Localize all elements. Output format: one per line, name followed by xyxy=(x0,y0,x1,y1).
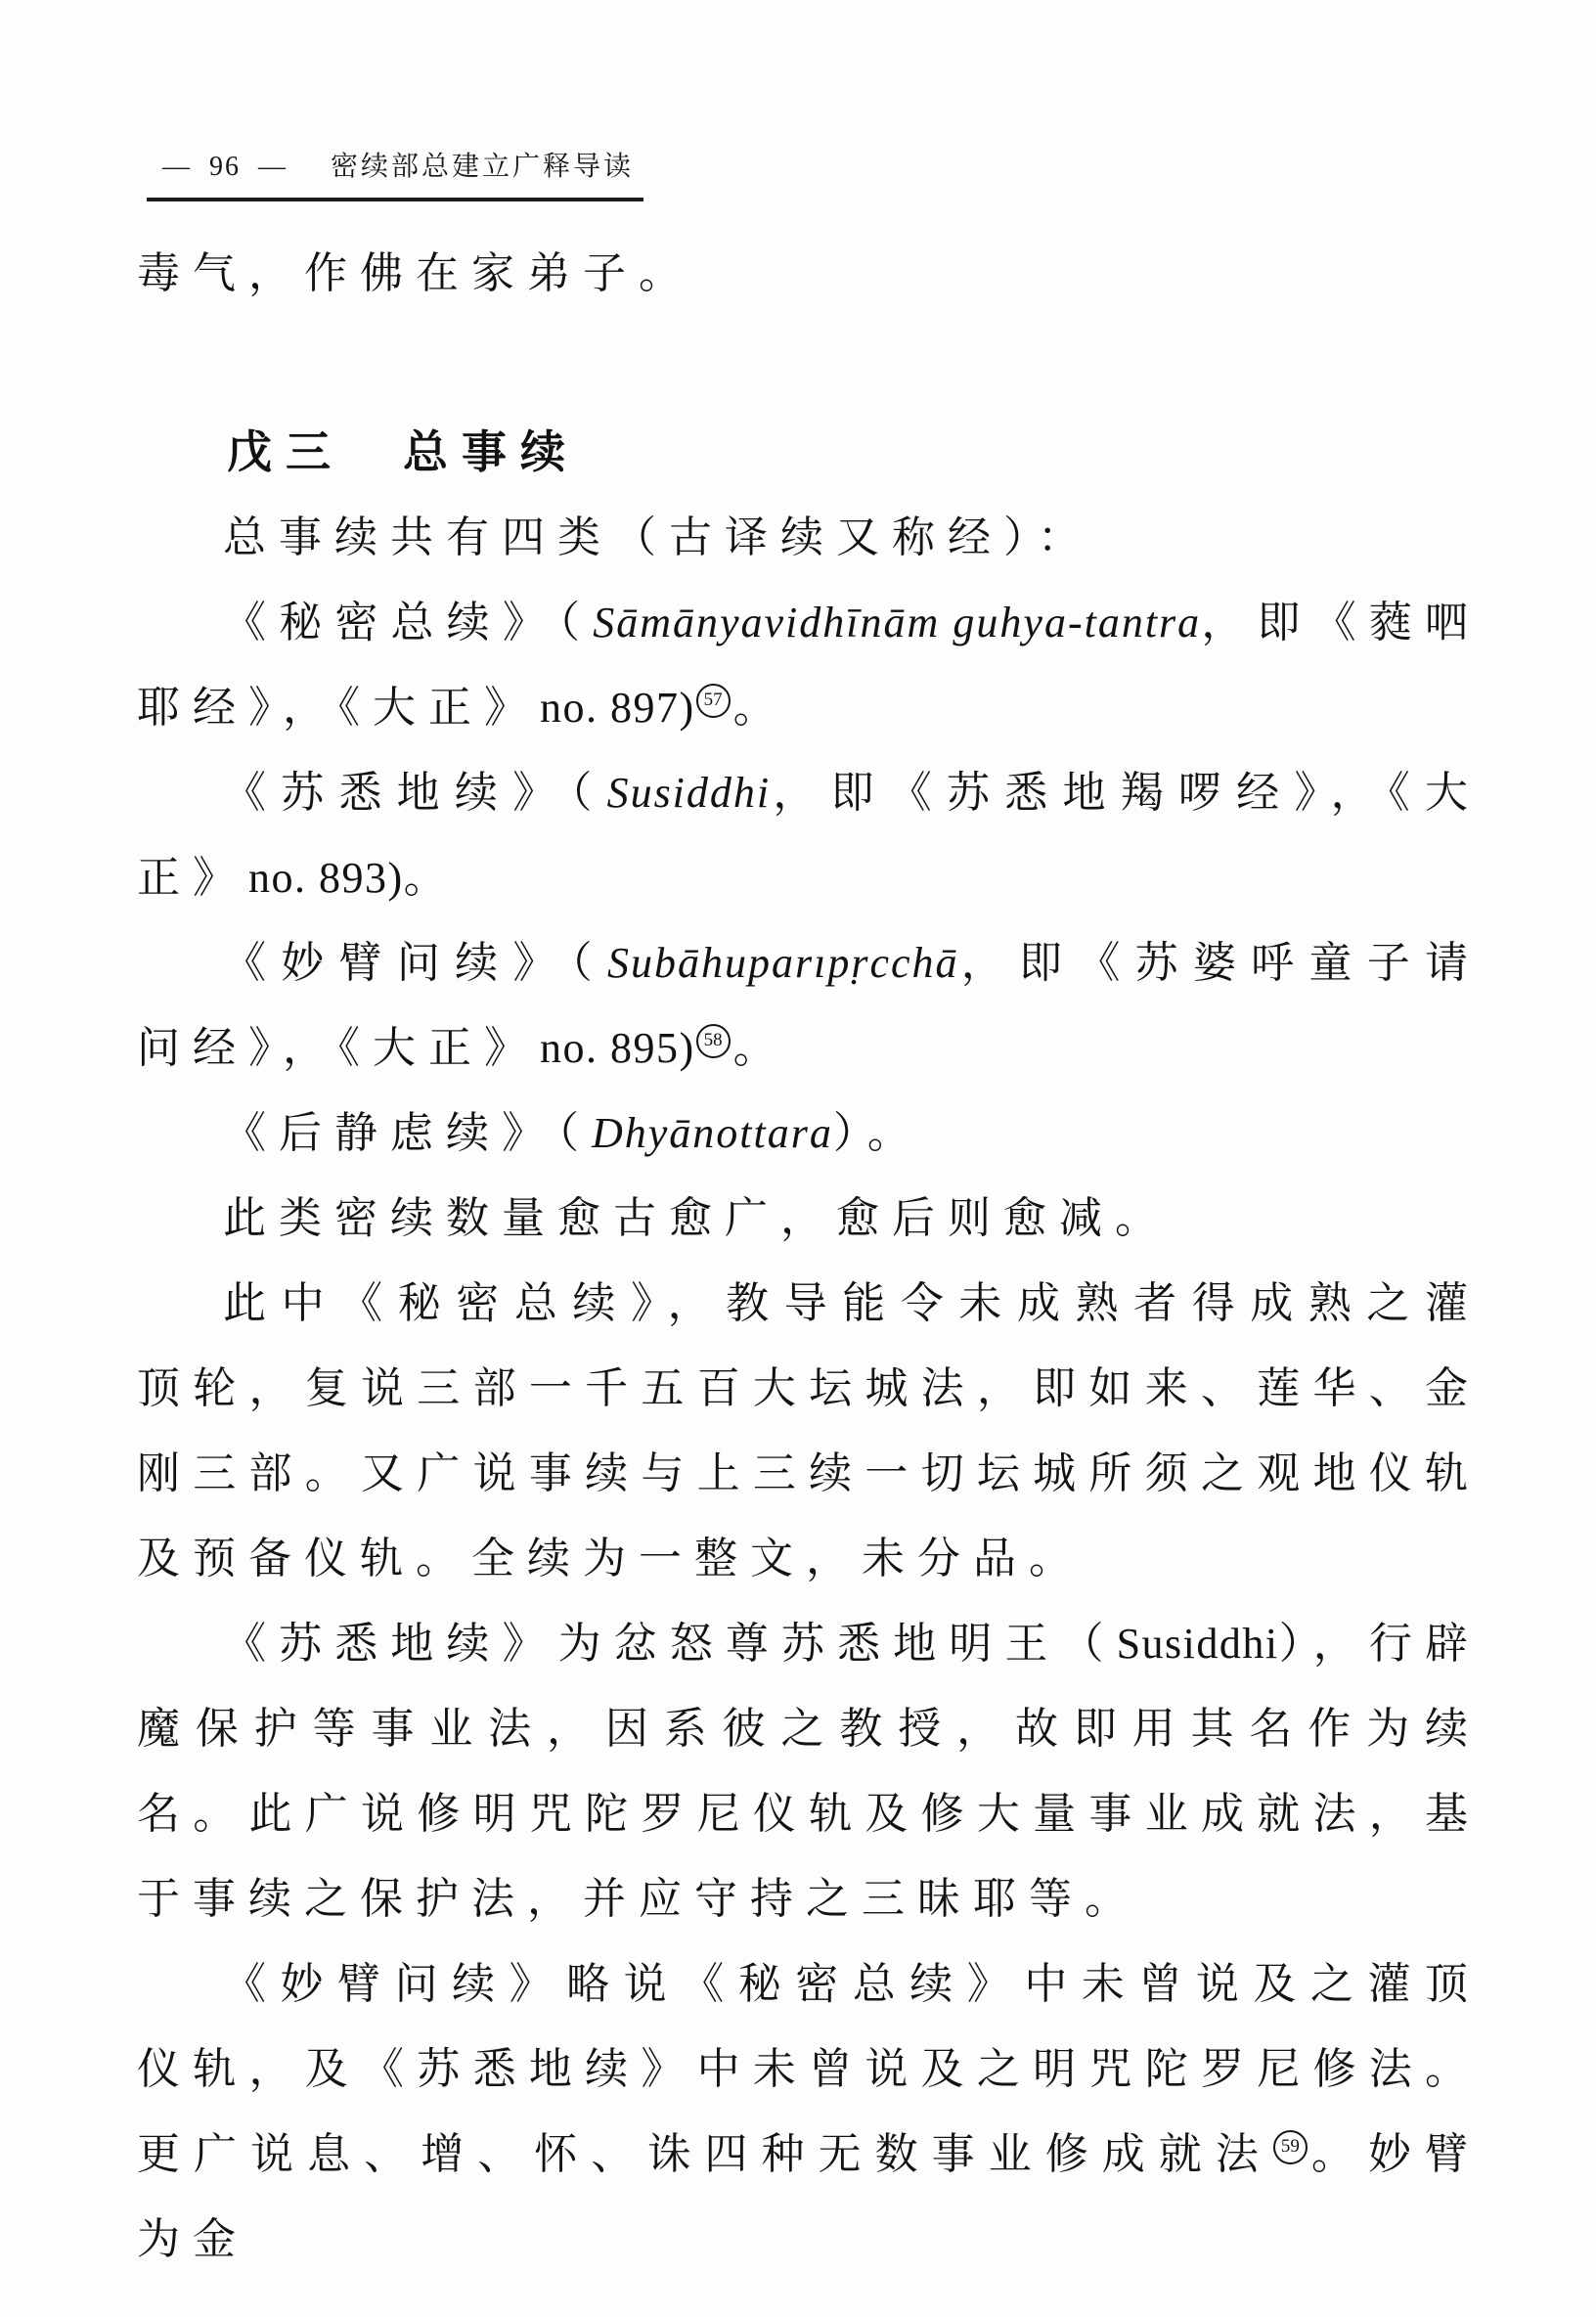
header-right-dash: — xyxy=(258,152,288,183)
paragraph: 《秘密总续》（Sāmānyavidhīnām guhya-tantra，即《蕤呬… xyxy=(137,580,1481,750)
paragraph: 《后静虑续》（Dhyānottara）。 xyxy=(137,1091,1481,1176)
text-run: 《秘密总续》（ xyxy=(223,599,593,646)
text-run: 毒气，作佛在家弟子。 xyxy=(137,249,694,297)
text-run: 总事续共有四类（古译续又称经）： xyxy=(223,513,1093,561)
page-number: 96 xyxy=(209,152,241,183)
paragraph: 此中《秘密总续》，教导能令未成熟者得成熟之灌顶轮，复说三部一千五百大坛城法，即如… xyxy=(137,1261,1481,1601)
text-run: ）。 xyxy=(833,1109,923,1157)
text-run: no. 893) xyxy=(248,854,404,902)
running-title: 密续部总建立广释导读 xyxy=(331,145,634,184)
text-run: 此类密续数量愈古愈广，愈后则愈减。 xyxy=(223,1194,1171,1242)
paragraph: 《苏悉地续》（Susiddhi，即《苏悉地羯啰经》，《大正》no. 893)。 xyxy=(137,750,1481,920)
text-run: 。 xyxy=(733,684,789,732)
text-run: 《后静虑续》（ xyxy=(223,1109,592,1157)
page-header: — 96 — 密续部总建立广释导读 xyxy=(147,145,643,201)
text-run: no. 897) xyxy=(540,684,695,732)
paragraph: 总事续共有四类（古译续又称经）： xyxy=(137,495,1481,580)
text-run: Susiddhi xyxy=(607,769,772,817)
paragraph: 《苏悉地续》为忿怒尊苏悉地明王（Susiddhi），行辟魔保护等事业法，因系彼之… xyxy=(137,1601,1481,1941)
text-run: 此中《秘密总续》，教导能令未成熟者得成熟之灌顶轮，复说三部一千五百大坛城法，即如… xyxy=(137,1279,1481,1582)
text-run: 。 xyxy=(404,854,460,902)
text-run: 《妙臂问续》（ xyxy=(223,939,607,987)
text-run: 《苏悉地续》（ xyxy=(223,769,607,817)
paragraph: 《妙臂问续》（Subāhuparıpṛcchā，即《苏婆呼童子请问经》，《大正》… xyxy=(137,920,1481,1091)
footnote-marker: 58 xyxy=(696,1024,731,1058)
footnote-marker: 59 xyxy=(1273,2130,1308,2164)
paragraph: 《妙臂问续》略说《秘密总续》中未曾说及之灌顶仪轨，及《苏悉地续》中未曾说及之明咒… xyxy=(137,1941,1481,2282)
text-run: 《苏悉地续》为忿怒尊苏悉地明王（ xyxy=(223,1620,1117,1668)
paragraph: 此类密续数量愈古愈广，愈后则愈减。 xyxy=(137,1176,1481,1261)
text-run: Subāhuparıpṛcchā xyxy=(607,939,959,987)
text-run: 。 xyxy=(733,1024,789,1072)
text-run: Dhyānottara xyxy=(592,1109,833,1157)
text-run: no. 895) xyxy=(540,1024,695,1072)
footnote-marker: 57 xyxy=(696,684,731,718)
text-run: 戊三 总事续 xyxy=(227,427,579,477)
paragraph: 毒气，作佛在家弟子。 xyxy=(137,231,1481,316)
text-run: Susiddhi xyxy=(1117,1620,1279,1668)
text-run: Sāmānyavidhīnām guhya-tantra xyxy=(593,599,1201,646)
section-heading: 戊三 总事续 xyxy=(137,410,1481,495)
book-page: — 96 — 密续部总建立广释导读 毒气，作佛在家弟子。戊三 总事续总事续共有四… xyxy=(0,0,1596,2317)
page-body: 毒气，作佛在家弟子。戊三 总事续总事续共有四类（古译续又称经）：《秘密总续》（S… xyxy=(137,231,1481,2282)
header-left-dash: — xyxy=(162,152,192,183)
